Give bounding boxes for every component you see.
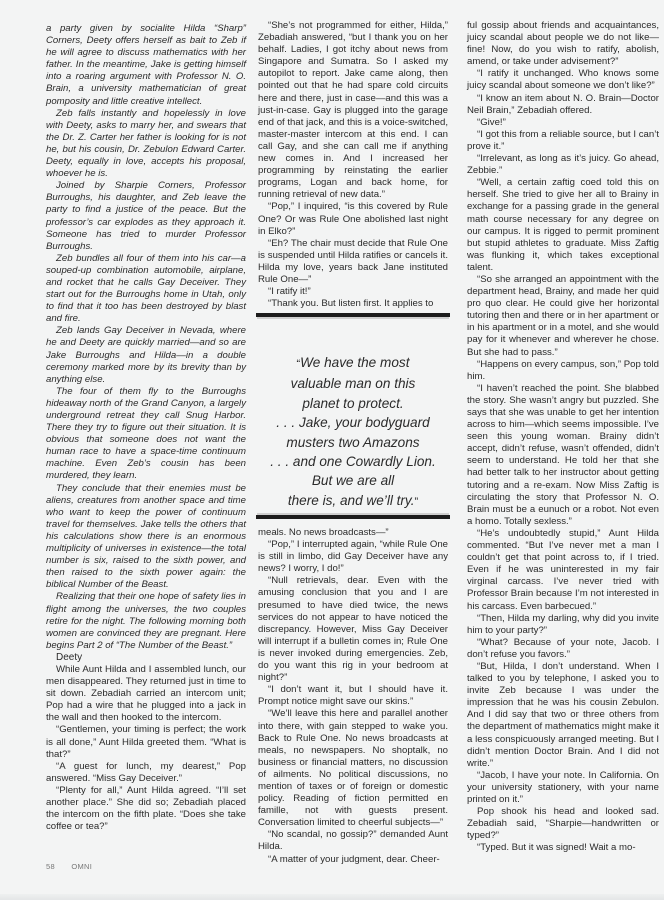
story-paragraph: “Give!” [467,117,659,129]
pull-quote-line: . . . Jake, your bodyguard [256,413,450,432]
story-paragraph: “I ratify it unchanged. Who knows some j… [467,68,659,92]
story-paragraph: “Plenty for all,” Aunt Hilda agreed. “I’… [46,785,246,833]
story-paragraph: “What? Because of your note, Jacob. I do… [467,637,659,661]
story-paragraph: Pop shook his head and looked sad. Zebad… [467,806,659,842]
story-paragraph: ful gossip about friends and acquaintanc… [467,20,659,68]
synopsis-paragraph: a party given by socialite Hilda “Sharp”… [46,23,246,108]
pull-quote-line: valuable man on this [256,374,450,393]
story-paragraph: “Pop,” I inquired, “is this covered by R… [258,201,448,237]
pull-quote-line: But we are all [256,471,450,490]
story-paragraph: “She’s not programmed for either, Hilda,… [258,20,448,201]
synopsis: a party given by socialite Hilda “Sharp”… [46,23,246,652]
synopsis-paragraph: The four of them fly to the Burroughs hi… [46,386,246,483]
story-paragraph: “Eh? The chair must decide that Rule One… [258,238,448,286]
story-paragraph: “He’s undoubtedly stupid,” Aunt Hilda co… [467,528,659,613]
pull-quote-bottom-rule [256,515,450,519]
story-paragraph: “Gentlemen, your timing is perfect; the … [46,724,246,760]
middle-column-bottom: meals. No news broadcasts—” “Pop,” I int… [258,527,448,866]
story-paragraph: “A matter of your judgment, dear. Cheer- [258,854,448,866]
page-number: 58 [46,862,55,871]
story-paragraph: “Well, a certain zaftig coed told this o… [467,177,659,274]
pull-quote-line: “We have the most [256,353,450,374]
magazine-name: OMNI [71,862,92,871]
story-paragraph: “Then, Hilda my darling, why did you inv… [467,613,659,637]
story-paragraph: “I got this from a reliable source, but … [467,129,659,153]
story-paragraph: “Typed. But it was signed! Wait a mo- [467,842,659,854]
synopsis-paragraph: Zeb bundles all four of them into his ca… [46,253,246,326]
synopsis-paragraph: They conclude that their enemies must be… [46,483,246,592]
pull-quote-line: there is, and we’ll try.” [256,491,450,512]
story-paragraph: “Jacob, I have your note. In California.… [467,770,659,806]
close-quote-mark: ” [415,496,419,508]
right-column: ful gossip about friends and acquaintanc… [467,20,659,854]
story-paragraph: “We’ll leave this here and parallel anot… [258,708,448,829]
story-paragraph: “I know an item about N. O. Brain—Doctor… [467,93,659,117]
story-paragraph: “I don’t want it, but I should have it. … [258,684,448,708]
scan-edge [0,894,664,900]
story-paragraph: “No scandal, no gossip?” demanded Aunt H… [258,829,448,853]
story-paragraph: “I ratify it!” [258,286,448,298]
pull-quote-text: “We have the most valuable man on this p… [256,353,450,512]
story-paragraph: “Pop,” I interrupted again, “while Rule … [258,539,448,575]
story-paragraph: “Thank you. But listen first. It applies… [258,298,448,310]
pull-quote-line: . . . and one Cowardly Lion. [256,452,450,471]
middle-column-top: “She’s not programmed for either, Hilda,… [258,20,448,310]
left-column: a party given by socialite Hilda “Sharp”… [46,23,246,833]
pull-quote: “We have the most valuable man on this p… [256,313,450,519]
pull-quote-line: musters two Amazons [256,433,450,452]
story-paragraph: “I haven’t reached the point. She blabbe… [467,383,659,528]
story-paragraph: meals. No news broadcasts—” [258,527,448,539]
synopsis-paragraph: Zeb lands Gay Deceiver in Nevada, where … [46,325,246,385]
story-paragraph: “Happens on every campus, son,” Pop told… [467,359,659,383]
pull-quote-line: planet to protect. [256,394,450,413]
story-paragraph: “So she arranged an appointment with the… [467,274,659,359]
pull-quote-top-rule [256,313,450,317]
synopsis-paragraph: Joined by Sharpie Corners, Professor Bur… [46,180,246,253]
story-paragraph: While Aunt Hilda and I assembled lunch, … [46,664,246,724]
story-paragraph: “But, Hilda, I don’t understand. When I … [467,661,659,770]
story-paragraph: “A guest for lunch, my dearest,” Pop ans… [46,761,246,785]
synopsis-paragraph: Realizing that their one hope of safety … [46,591,246,651]
story-paragraph: “Irrelevant, as long as it’s juicy. Go a… [467,153,659,177]
magazine-page: a party given by socialite Hilda “Sharp”… [0,0,664,900]
synopsis-paragraph: Zeb falls instantly and hopelessly in lo… [46,108,246,181]
section-heading: Deety [46,652,246,664]
story-paragraph: “Null retrievals, dear. Even with the am… [258,575,448,684]
page-footer: 58 OMNI [46,862,106,871]
